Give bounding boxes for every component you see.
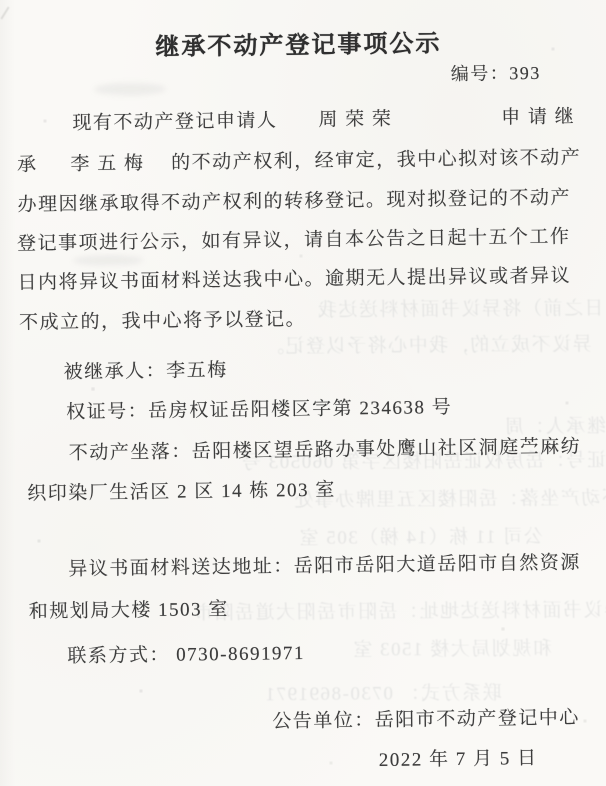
scanned-notice-page: { "page": { "kind": "scanned-official-no… — [0, 0, 606, 786]
bleedthrough-line: 联系方式： 0730-8691971 — [264, 683, 502, 707]
bleedthrough-line: 被继承人：周 — [503, 416, 606, 439]
heir-field: 被继承人：李五梅 — [64, 360, 228, 384]
contact-field: 联系方式： 0730-8691971 — [67, 643, 305, 668]
bleedthrough-smudge — [73, 255, 143, 265]
body-line-6: 不成立的，我中心将予以登记。 — [19, 309, 306, 335]
bleedthrough-line: 日之前）将异议书面材料送达我 — [316, 298, 603, 322]
issuing-unit-line: 公告单位：岳阳市不动产登记中心 — [272, 707, 580, 733]
bleedthrough-line: 和规划局大楼 1503 室 — [352, 638, 552, 661]
bleedthrough-line: 公司 11 栋（14 梯）305 室 — [298, 526, 543, 550]
issue-date-line: 2022 年 7 月 5 日 — [379, 748, 538, 772]
bleedthrough-smudge — [94, 83, 166, 96]
objection-address-line-2: 和规划局大楼 1503 室 — [29, 599, 229, 624]
document-sheet: 日之前）将异议书面材料送达我 异议不成立的，我中心将予以登记。 被继承人：周 权… — [0, 0, 606, 786]
property-location-line-2: 织印染厂生活区 2 区 14 栋 203 室 — [27, 480, 336, 506]
bleedthrough-line: 不动产坐落：岳阳楼区五里牌办事处 — [293, 488, 606, 512]
bleedthrough-line: 异议书面材料送达地址：岳阳市岳阳大道岳阳市 — [193, 600, 606, 625]
doc-number: 编号：393 — [451, 62, 541, 85]
bleedthrough-line: 异议不成立的，我中心将予以登记。 — [264, 334, 592, 358]
